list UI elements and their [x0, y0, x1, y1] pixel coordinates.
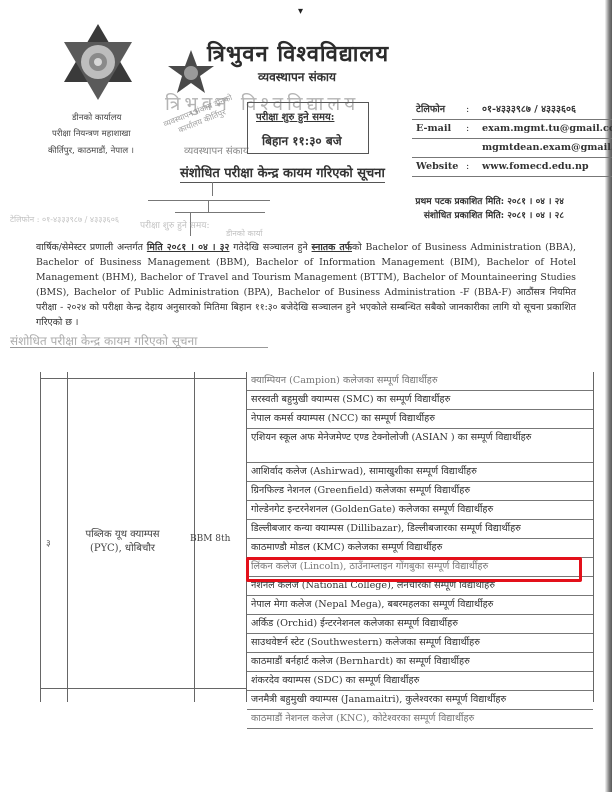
exam-start-date: मिति २०८१ । ०४ । ३२: [147, 242, 230, 253]
publication-dates: प्रथम पटक प्रकाशित मिति: २०८१ । ०४ । २४ …: [415, 195, 564, 223]
ghost-phone-echo: टेलिफोन : ०१-४३३३९८७ / ४३३३६०६: [10, 214, 119, 225]
ghost-dean-echo: डीनको कार्या: [226, 228, 262, 239]
serial-number: ३: [46, 536, 51, 549]
exam-time-value: बिहान ११:३० बजे: [262, 132, 342, 149]
table-row: एशियन स्कूल अफ मेनेजमेण्ट एण्ड टेक्नोलोज…: [247, 429, 593, 463]
university-name: त्रिभुवन विश्वविद्यालय: [207, 38, 389, 68]
first-published-date: प्रथम पटक प्रकाशित मिति: २०८१ । ०४ । २४: [415, 195, 564, 209]
scan-artifact-mark: ▾: [298, 6, 303, 17]
exam-center-table: ३ पब्लिक यूथ क्याम्पस (PYC), धोबिचौर BBM…: [40, 372, 600, 702]
email-link-2[interactable]: mgmtdean.exam@gmail.com: [482, 141, 612, 155]
website-label: Website: [416, 160, 466, 174]
table-row: काठमाण्डौ मोडल (KMC) कलेजका सम्पूर्ण विद…: [247, 539, 593, 558]
notice-title: संशोधित परीक्षा केन्द्र कायम गरिएको सूचन…: [180, 163, 385, 183]
overlay-line: [212, 182, 213, 196]
overlay-line: [175, 212, 265, 213]
table-row: साउथवेष्टर्न स्टेट (Southwestern) कलेजका…: [247, 634, 593, 653]
revised-published-date: संशोधित प्रकाशित मिति: २०८१ । ०४ । २८: [415, 209, 564, 223]
exam-time-box: परीक्षा शुरु हुने समय: बिहान ११:३० बजे: [247, 102, 369, 154]
table-row: जनमैत्री बहुमुखी क्याम्पस (Janamaitri), …: [247, 691, 593, 710]
table-row: आशिर्वाद कलेज (Ashirwad), सामाखुशीका सम्…: [247, 463, 593, 482]
level-phrase: स्नातक तर्फ: [312, 242, 352, 253]
phone-label: टेलिफोन: [416, 103, 466, 117]
table-row: डिल्लीबजार कन्या क्याम्पस (Dillibazar), …: [247, 520, 593, 539]
table-row: नेपाल कमर्स क्याम्पस (NCC) का सम्पूर्ण व…: [247, 410, 593, 429]
table-row: काठमाडौं बर्नहार्ट कलेज (Bernhardt) का स…: [247, 653, 593, 672]
overlay-line: [208, 200, 209, 212]
ghost-heading-rule: [10, 347, 268, 348]
overlay-line: [148, 200, 270, 201]
table-row: नेपाल मेगा कलेज (Nepal Mega), बबरमहलका स…: [247, 596, 593, 615]
office-line-address: कीर्तिपुर, काठमाडौं, नेपाल ।: [48, 145, 134, 156]
phone-value: ०१-४३३३९८७ / ४३३३६०६: [482, 103, 576, 117]
email-label: E-mail: [416, 122, 466, 136]
ghost-exam-time-echo: परीक्षा शुरु हुने समय:: [140, 218, 210, 231]
faculty-name: व्यवस्थापन संकाय: [258, 68, 336, 85]
stamp-caption: व्यवस्थापन संकाय: [184, 143, 249, 157]
table-row: सरस्वती बहुमुखी क्याम्पस (SMC) का सम्पूर…: [247, 391, 593, 410]
table-row: काठमाडौं नेशनल कलेज (KNC), कोटेश्वरका सम…: [247, 710, 593, 729]
nepal-emblem-icon: [58, 22, 138, 102]
exam-center-name: पब्लिक यूथ क्याम्पस (PYC), धोबिचौर: [70, 528, 175, 556]
college-list: क्याम्पियन (Campion) कलेजका सम्पूर्ण विद…: [247, 372, 593, 729]
notice-paragraph: वार्षिक/सेमेस्टर प्रणाली अन्तर्गत मिति २…: [36, 240, 576, 330]
table-row: ग्रिनफिल्ड नेशनल (Greenfield) कलेजका सम्…: [247, 482, 593, 501]
website-link[interactable]: www.fomecd.edu.np: [482, 160, 589, 174]
table-row: शंकरदेव क्याम्पस (SDC) का सम्पूर्ण विद्य…: [247, 672, 593, 691]
table-row: अर्किड (Orchid) ईन्टरनेशनल कलेजका सम्पूर…: [247, 615, 593, 634]
office-line-exam-control: परीक्षा नियन्त्रण महाशाखा: [52, 128, 131, 139]
contact-block: टेलिफोन : ०१-४३३३९८७ / ४३३३६०६ E-mail : …: [412, 101, 612, 177]
office-line-dean: डीनको कार्यालय: [72, 112, 121, 123]
email-link-1[interactable]: exam.mgmt.tu@gmail.com /: [482, 122, 612, 136]
table-row: क्याम्पियन (Campion) कलेजका सम्पूर्ण विद…: [247, 372, 593, 391]
table-row: गोल्डेनगेट इन्टरनेशनल (GoldenGate) कलेजक…: [247, 501, 593, 520]
highlight-box-national-college: [246, 557, 582, 582]
program-level: BBM 8th: [190, 534, 230, 544]
exam-time-label: परीक्षा शुरु हुने समय:: [256, 109, 334, 123]
